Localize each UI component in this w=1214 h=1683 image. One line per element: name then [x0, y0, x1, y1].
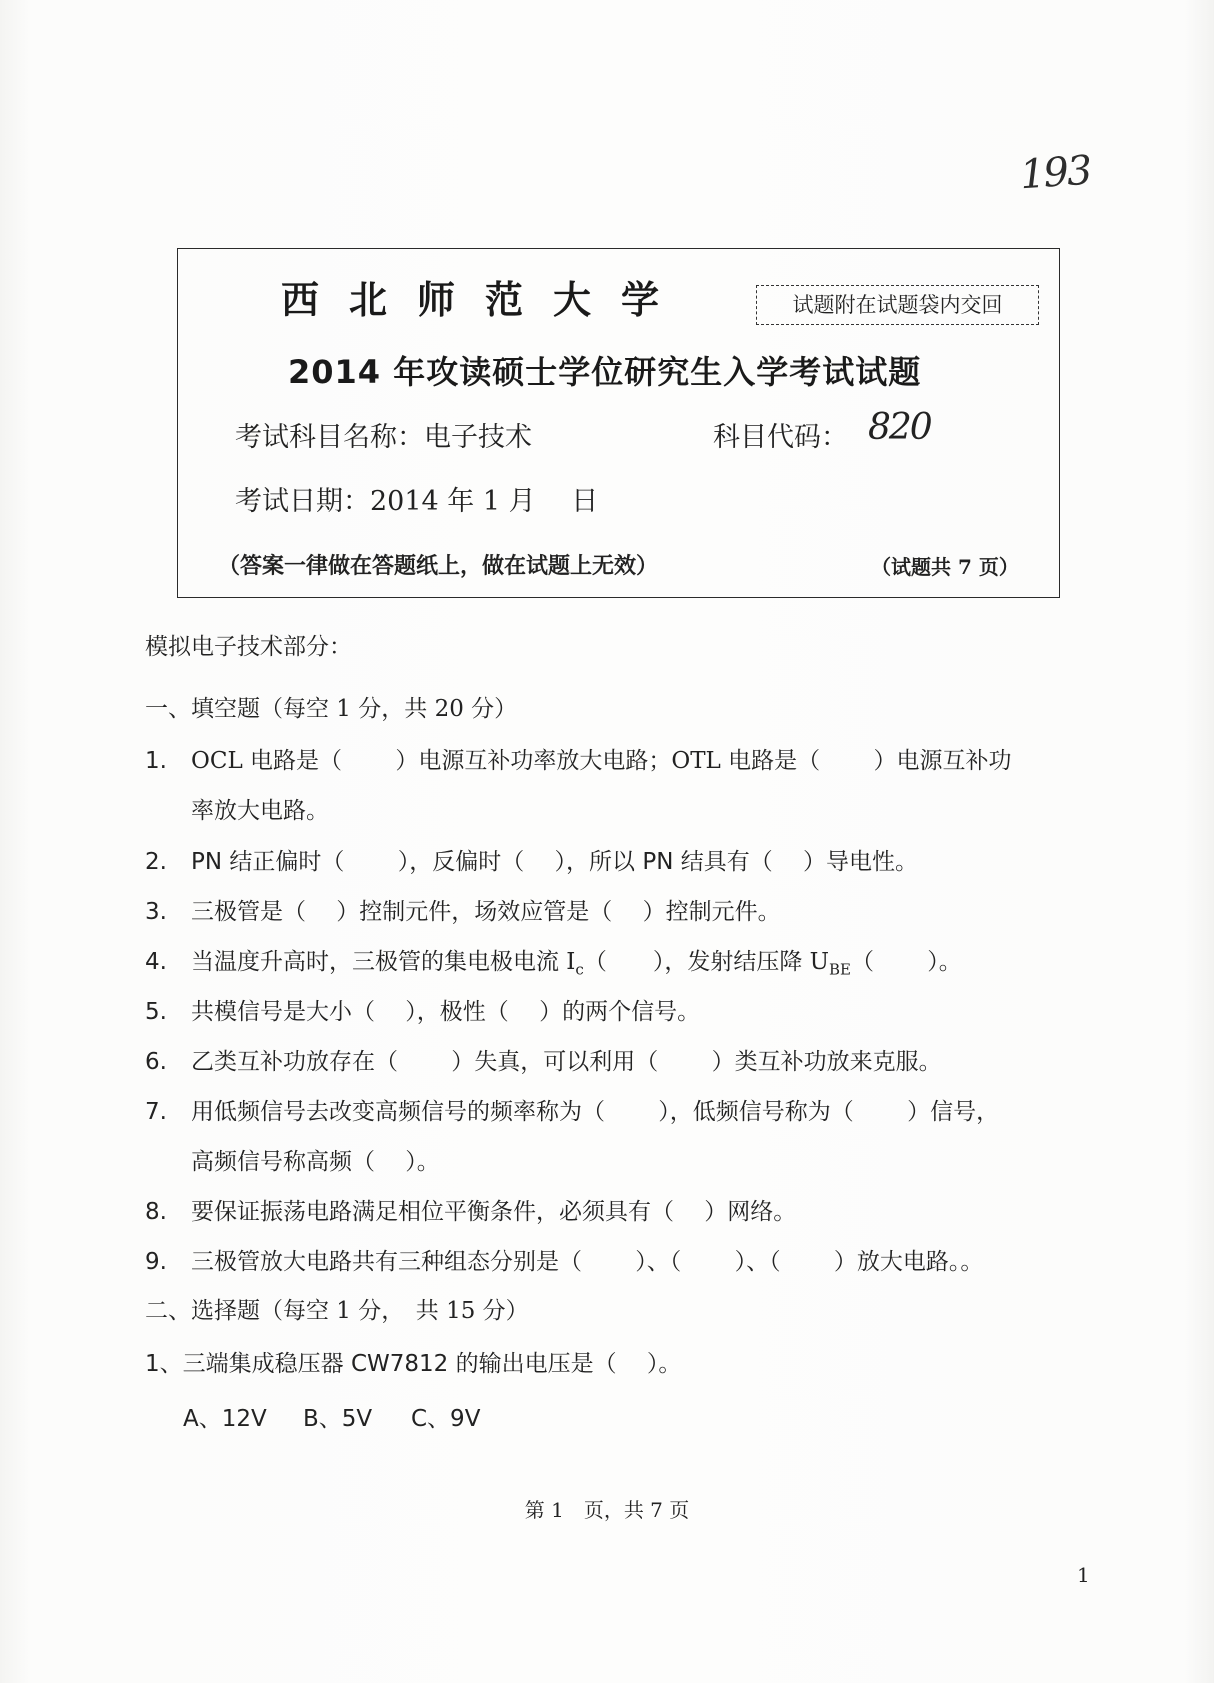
question-number: 7. — [145, 1099, 191, 1125]
question-number: 2. — [145, 849, 191, 875]
section1-title: 一、填空题（每空 1 分，共 20 分） — [145, 690, 517, 723]
page-count-notice: （试题共 7 页） — [871, 551, 1019, 580]
question-text: OCL 电路是（ ）电源互补功率放大电路；OTL 电路是（ ）电源互补功 — [191, 748, 1011, 774]
exam-title: 2014 年攻读硕士学位研究生入学考试试题 — [288, 347, 921, 393]
question-number: 4. — [145, 949, 191, 975]
question-3: 3.三极管是（ ）控制元件，场效应管是（ ）控制元件。 — [145, 893, 781, 926]
question-text-c: （ ）。 — [851, 949, 962, 975]
question-6: 6.乙类互补功放存在（ ）失真，可以利用（ ）类互补功放来克服。 — [145, 1043, 942, 1076]
handwritten-page-number: 193 — [1018, 148, 1091, 199]
question-8: 8.要保证振荡电路满足相位平衡条件，必须具有（ ）网络。 — [145, 1193, 796, 1226]
question-text: 要保证振荡电路满足相位平衡条件，必须具有（ ）网络。 — [191, 1199, 796, 1225]
question-text: 共模信号是大小（ ），极性（ ）的两个信号。 — [191, 999, 700, 1025]
question-number: 1. — [145, 748, 191, 774]
answer-notice: （答案一律做在答题纸上，做在试题上无效） — [218, 549, 658, 580]
question-7-continued: 高频信号称高频（ ）。 — [191, 1143, 440, 1176]
question-number: 8. — [145, 1199, 191, 1225]
question-1-continued: 率放大电路。 — [191, 792, 329, 825]
question-number: 1、 — [145, 1351, 183, 1377]
question-text: 三极管放大电路共有三种组态分别是（ ）、（ ）、（ ）放大电路。。 — [191, 1249, 983, 1275]
question-number: 6. — [145, 1049, 191, 1075]
section2-title: 二、选择题（每空 1 分， 共 15 分） — [145, 1292, 529, 1325]
subject-code-label: 科目代码： — [713, 415, 848, 454]
question-number: 3. — [145, 899, 191, 925]
part-title: 模拟电子技术部分： — [145, 628, 352, 661]
question-2: 2.PN 结正偏时（ ），反偏时（ ），所以 PN 结具有（ ）导电性。 — [145, 843, 918, 876]
question-1: 1.OCL 电路是（ ）电源互补功率放大电路；OTL 电路是（ ）电源互补功 — [145, 742, 1011, 775]
exam-date: 考试日期：2014 年 1 月 日 — [235, 479, 598, 518]
question-number: 5. — [145, 999, 191, 1025]
exam-header-box: 西北师范大学 试题附在试题袋内交回 2014 年攻读硕士学位研究生入学考试试题 … — [177, 248, 1060, 598]
question-text: 乙类互补功放存在（ ）失真，可以利用（ ）类互补功放来克服。 — [191, 1049, 942, 1075]
question-text: 用低频信号去改变高频信号的频率称为（ ），低频信号称为（ ）信号， — [191, 1099, 999, 1125]
subscript-c: c — [575, 961, 583, 979]
choice-question-1: 1、三端集成稳压器 CW7812 的输出电压是（ ）。 — [145, 1345, 681, 1378]
page-footer: 第 1 页，共 7 页 — [0, 1494, 1214, 1523]
exam-page: 193 西北师范大学 试题附在试题袋内交回 2014 年攻读硕士学位研究生入学考… — [0, 0, 1214, 1683]
question-9: 9.三极管放大电路共有三种组态分别是（ ）、（ ）、（ ）放大电路。。 — [145, 1243, 983, 1276]
option-a: A、12V — [183, 1400, 303, 1433]
question-text: 三极管是（ ）控制元件，场效应管是（ ）控制元件。 — [191, 899, 781, 925]
question-7: 7.用低频信号去改变高频信号的频率称为（ ），低频信号称为（ ）信号， — [145, 1093, 999, 1126]
question-text: 三端集成稳压器 CW7812 的输出电压是（ ）。 — [183, 1351, 682, 1377]
subject-name: 考试科目名称：电子技术 — [235, 415, 532, 454]
question-number: 9. — [145, 1249, 191, 1275]
university-name: 西北师范大学 — [281, 269, 689, 324]
question-text: PN 结正偏时（ ），反偏时（ ），所以 PN 结具有（ ）导电性。 — [191, 849, 918, 875]
option-b: B、5V — [303, 1400, 411, 1433]
question-4: 4.当温度升高时，三极管的集电极电流 Ic（ ），发射结压降 UBE（ ）。 — [145, 943, 962, 979]
subscript-be: BE — [829, 961, 851, 979]
question-text-a: 当温度升高时，三极管的集电极电流 I — [191, 949, 575, 975]
return-notice-box: 试题附在试题袋内交回 — [756, 285, 1039, 325]
question-text-b: （ ），发射结压降 U — [584, 949, 829, 975]
question-5: 5.共模信号是大小（ ），极性（ ）的两个信号。 — [145, 993, 700, 1026]
choice-options: A、12VB、5VC、9V — [183, 1400, 480, 1433]
corner-page-number: 1 — [1077, 1563, 1090, 1587]
option-c: C、9V — [411, 1406, 480, 1432]
subject-code-value: 820 — [868, 407, 931, 448]
